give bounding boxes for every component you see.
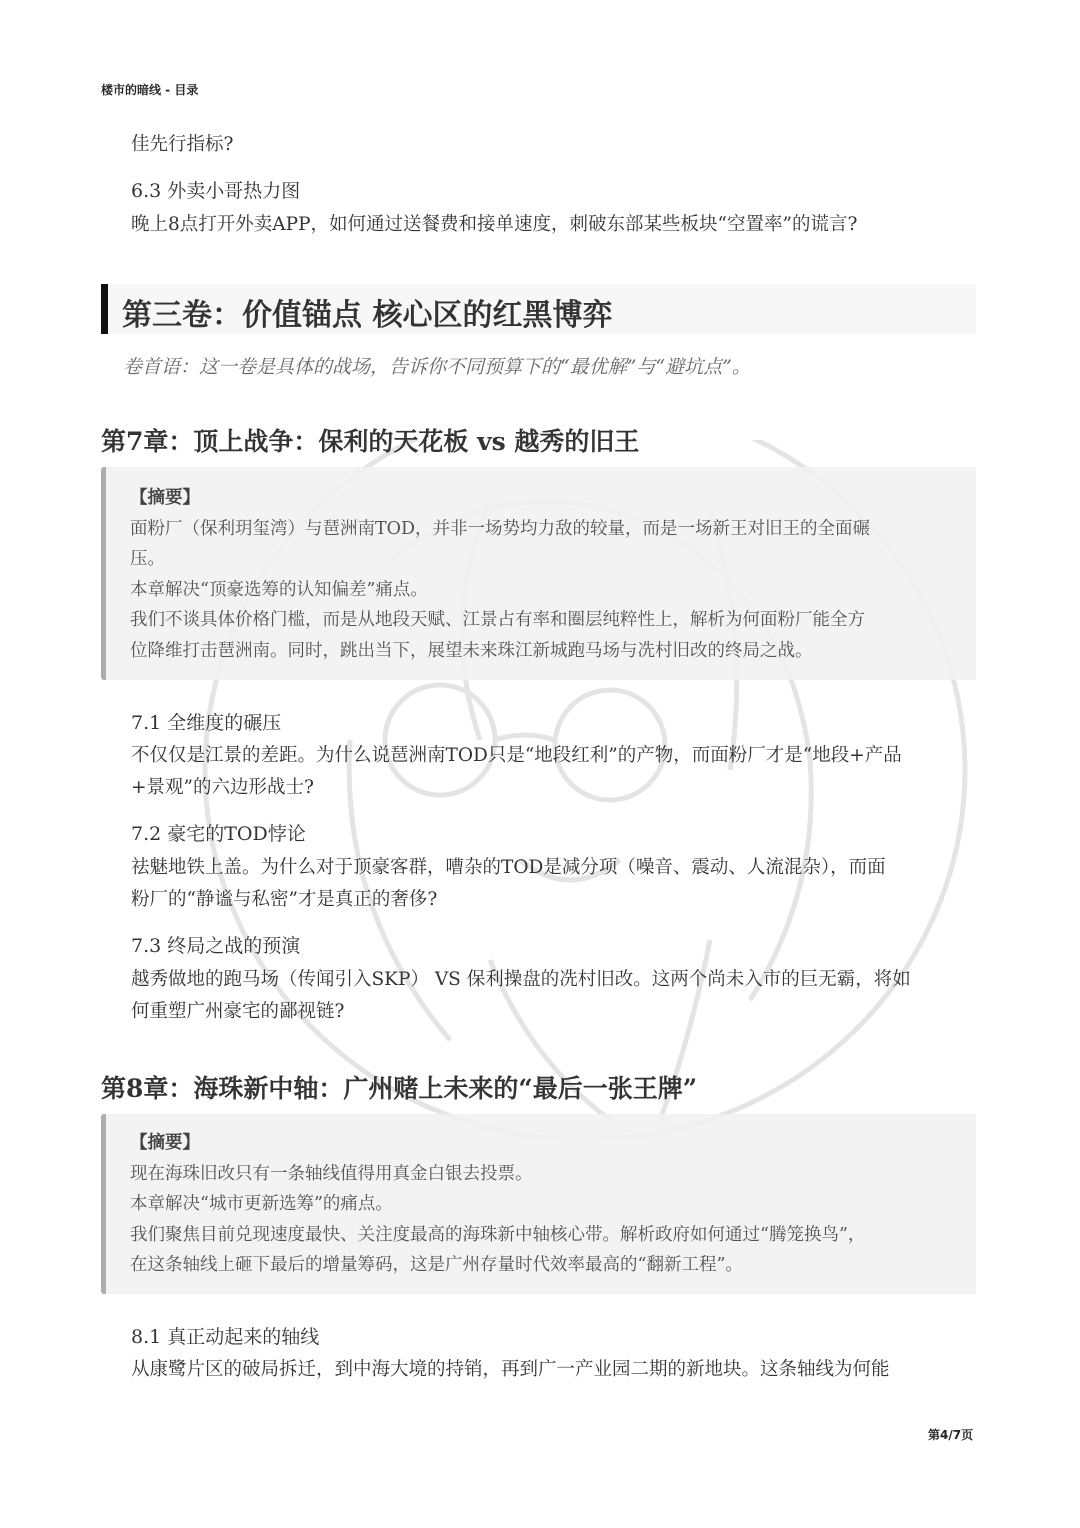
carryover-text: 佳先行指标?	[131, 129, 233, 161]
section-title-6-3: 6.3 外卖小哥热力图	[131, 176, 300, 203]
section-line: 从康鹭片区的破局拆迁，到中海大境的持销，再到广一产业园二期的新地块。这条轴线为何…	[131, 1354, 890, 1386]
chapter-8-title: 第8章：海珠新中轴：广州赌上未来的“最后一张王牌”	[101, 1069, 697, 1105]
section-line: 祛魅地铁上盖。为什么对于顶豪客群，嘈杂的TOD是减分项（噪音、震动、人流混杂），…	[131, 852, 886, 884]
volume-heading: 第三卷：价值锚点 核心区的红黑博弈	[101, 284, 976, 334]
summary-line: 位降维打击琶洲南。同时，跳出当下，展望未来珠江新城跑马场与冼村旧改的终局之战。	[130, 636, 870, 667]
summary-line: 本章解决“城市更新选筹”的痛点。	[130, 1189, 865, 1220]
section-line: 越秀做地的跑马场（传闻引入SKP） VS 保利操盘的冼村旧改。这两个尚未入市的巨…	[131, 964, 911, 996]
section-text-7-3: 越秀做地的跑马场（传闻引入SKP） VS 保利操盘的冼村旧改。这两个尚未入市的巨…	[131, 964, 911, 1028]
section-title-7-3: 7.3 终局之战的预演	[131, 931, 300, 958]
volume-title: 第三卷：价值锚点 核心区的红黑博弈	[122, 290, 612, 334]
summary-line: 面粉厂（保利玥玺湾）与琶洲南TOD，并非一场势均力敌的较量，而是一场新王对旧王的…	[130, 514, 870, 545]
section-line: 粉厂的“静谧与私密”才是真正的奢侈?	[131, 884, 886, 916]
chapter-7-summary: 【摘要】 面粉厂（保利玥玺湾）与琶洲南TOD，并非一场势均力敌的较量，而是一场新…	[101, 467, 976, 680]
section-line: 何重塑广州豪宅的鄙视链?	[131, 996, 911, 1028]
summary-line: 压。	[130, 544, 870, 575]
summary-line: 我们不谈具体价格门槛，而是从地段天赋、江景占有率和圈层纯粹性上，解析为何面粉厂能…	[130, 605, 870, 636]
chapter-7-title: 第7章：顶上战争：保利的天花板 vs 越秀的旧王	[101, 422, 639, 458]
summary-label: 【摘要】	[130, 483, 870, 514]
summary-line: 我们聚焦目前兑现速度最快、关注度最高的海珠新中轴核心带。解析政府如何通过“腾笼换…	[130, 1220, 865, 1251]
section-text-6-3: 晚上8点打开外卖APP，如何通过送餐费和接单速度，刺破东部某些板块“空置率”的谎…	[131, 209, 857, 241]
section-title-8-1: 8.1 真正动起来的轴线	[131, 1322, 319, 1349]
section-title-7-1: 7.1 全维度的碾压	[131, 708, 281, 735]
page-header-title: 楼市的暗线 - 目录	[101, 81, 198, 98]
summary-line: 本章解决“顶豪选筹的认知偏差”痛点。	[130, 575, 870, 606]
summary-line: 现在海珠旧改只有一条轴线值得用真金白银去投票。	[130, 1159, 865, 1190]
section-title-7-2: 7.2 豪宅的TOD悖论	[131, 819, 306, 846]
page-indicator: 第4/7页	[928, 1426, 973, 1443]
summary-line: 在这条轴线上砸下最后的增量筹码，这是广州存量时代效率最高的“翻新工程”。	[130, 1250, 865, 1281]
section-line: +景观”的六边形战士?	[131, 772, 902, 804]
summary-label: 【摘要】	[130, 1128, 865, 1159]
section-text-7-1: 不仅仅是江景的差距。为什么说琶洲南TOD只是“地段红利”的产物，而面粉厂才是“地…	[131, 740, 902, 804]
section-text-7-2: 祛魅地铁上盖。为什么对于顶豪客群，嘈杂的TOD是减分项（噪音、震动、人流混杂），…	[131, 852, 886, 916]
volume-epigraph: 卷首语：这一卷是具体的战场，告诉你不同预算下的“最优解”与“避坑点”。	[123, 352, 751, 379]
section-text-8-1: 从康鹭片区的破局拆迁，到中海大境的持销，再到广一产业园二期的新地块。这条轴线为何…	[131, 1354, 890, 1386]
chapter-8-summary: 【摘要】 现在海珠旧改只有一条轴线值得用真金白银去投票。 本章解决“城市更新选筹…	[101, 1114, 976, 1294]
section-line: 不仅仅是江景的差距。为什么说琶洲南TOD只是“地段红利”的产物，而面粉厂才是“地…	[131, 740, 902, 772]
